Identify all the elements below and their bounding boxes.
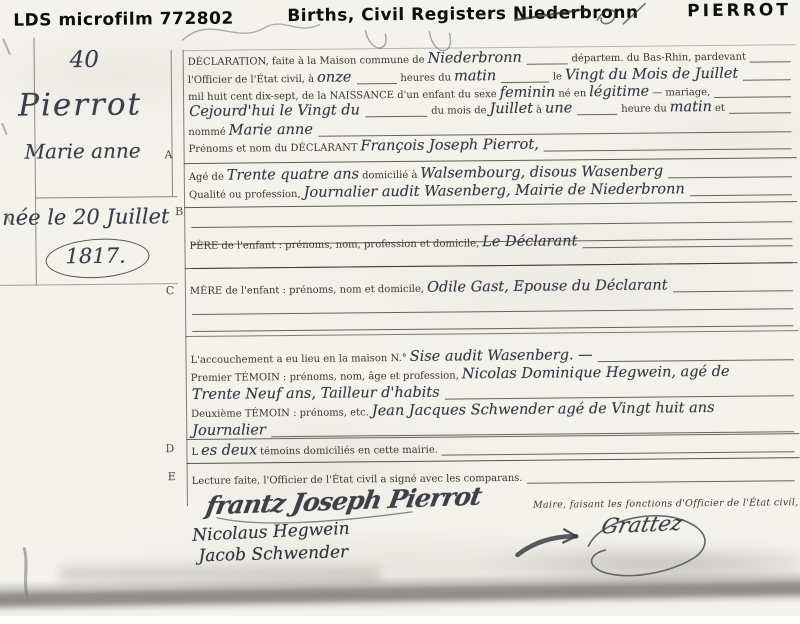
fill-rule [743, 78, 791, 80]
handwritten-entry: es deux [199, 443, 259, 459]
printed-label: heure du [620, 102, 668, 117]
section-separator [184, 157, 797, 164]
gutter-letter: B [175, 205, 183, 218]
handwritten-entry: Niederbronn [425, 51, 523, 67]
fill-rule [356, 82, 396, 84]
handwritten-entry: une [543, 101, 574, 116]
handwritten-entry: Odile Gast, Epouse du Déclarant [425, 278, 670, 295]
year-circle-flourish [44, 236, 150, 281]
handwritten-entry: matin [452, 69, 498, 84]
printed-label: L [190, 446, 199, 461]
act-number: 40 [70, 47, 100, 73]
printed-label: Prénoms et nom du DÉCLARANT [187, 141, 358, 158]
margin-bottom-border [0, 283, 178, 286]
handwritten-entry: légitime [587, 85, 651, 101]
handwritten-entry: Vingt du Mois de Juillet [563, 67, 740, 84]
margin-surname: Pierrot [18, 86, 142, 123]
handwritten-entry: Jean Jacques Schwender agé de Vingt huit… [370, 401, 717, 419]
margin-given-names: Marie anne [24, 138, 140, 163]
handwritten-entry: Trente Neuf ans, Tailleur d'habits [190, 386, 442, 403]
fill-rule [582, 244, 792, 248]
gutter-letter: A [165, 148, 173, 161]
fill-rule [598, 358, 794, 362]
printed-label: l'Officier de l'État civil, à [187, 73, 315, 89]
handwritten-entry: Trente quatre ans [225, 167, 361, 183]
fill-rule [527, 479, 795, 484]
fill-rule [527, 62, 568, 64]
printed-label: heures du [399, 71, 452, 87]
gutter-letter: E [168, 470, 176, 483]
fill-rule [577, 113, 617, 115]
printed-label: Deuxième TÉMOIN : prénoms, etc. [190, 406, 370, 423]
printed-label: L'accouchement a eu lieu en la maison N.… [190, 352, 408, 369]
fill-rule [501, 81, 549, 83]
fill-rule [442, 450, 795, 455]
printed-label: Qualité ou profession, [188, 188, 302, 204]
fill-rule [714, 95, 791, 98]
gutter-letter: D [165, 442, 174, 455]
mayor-signature: Grattez [599, 511, 685, 539]
fill-rule [750, 60, 791, 62]
handwritten-entry: François Joseph Pierrot, [358, 138, 540, 155]
fill-rule [365, 115, 427, 118]
printed-label: le [552, 70, 563, 85]
margin-birth-note: née le 20 Juillet [2, 204, 169, 230]
fill-rule [673, 289, 793, 292]
printed-label: témoins domiciliés en cette mairie. [259, 444, 439, 461]
handwritten-entry: Journalier audit Wasenberg, Mairie de Ni… [302, 182, 687, 201]
handwritten-entry: Sise audit Wasenberg. — [408, 348, 595, 365]
printed-label: DÉCLARATION, faite à la Maison commune d… [187, 54, 426, 71]
handwritten-entry: Juillet [487, 102, 535, 117]
printed-label: MÈRE de l'enfant : prénoms, nom et domic… [189, 283, 425, 300]
handwritten-entry: Nicolas Dominique Hegwein, agé de [460, 365, 732, 383]
printed-label: du mois de [430, 104, 488, 120]
handwritten-entry: matin [668, 100, 714, 115]
printed-label: départem. du Bas-Rhin, pardevant [570, 51, 747, 68]
printed-label: et [714, 102, 726, 117]
handwritten-entry: Cejourd'hui le Vingt du [187, 103, 362, 120]
fill-rule [729, 111, 791, 114]
witness2-signature: Jacob Schwender [198, 542, 348, 566]
margin-right-border [171, 50, 173, 196]
printed-label: à [535, 104, 543, 119]
handwritten-entry: feminin [498, 85, 558, 101]
fill-rule [445, 394, 794, 399]
printed-label: domicilié à [361, 169, 419, 185]
fill-rule [544, 147, 792, 151]
handwritten-entry: Marie anne [227, 123, 315, 139]
document-content: LDS microfilm 772802 Births, Civil Regis… [0, 0, 800, 624]
margin-divider [35, 196, 177, 198]
fill-rule [690, 193, 792, 196]
printed-label: nommé [187, 126, 226, 141]
handwritten-entry: Journalier [190, 423, 268, 439]
scanned-register-page: LDS microfilm 772802 Births, Civil Regis… [0, 0, 800, 624]
form-line: Lecture faite, l'Officier de l'État civi… [191, 467, 798, 490]
printed-label: Agé de [188, 171, 225, 186]
fill-rule [668, 175, 792, 178]
handwritten-entry: onze [315, 70, 353, 85]
gutter-letter: C [166, 284, 175, 297]
handwritten-entry: Walsembourg, disous Wasenberg [418, 164, 665, 181]
